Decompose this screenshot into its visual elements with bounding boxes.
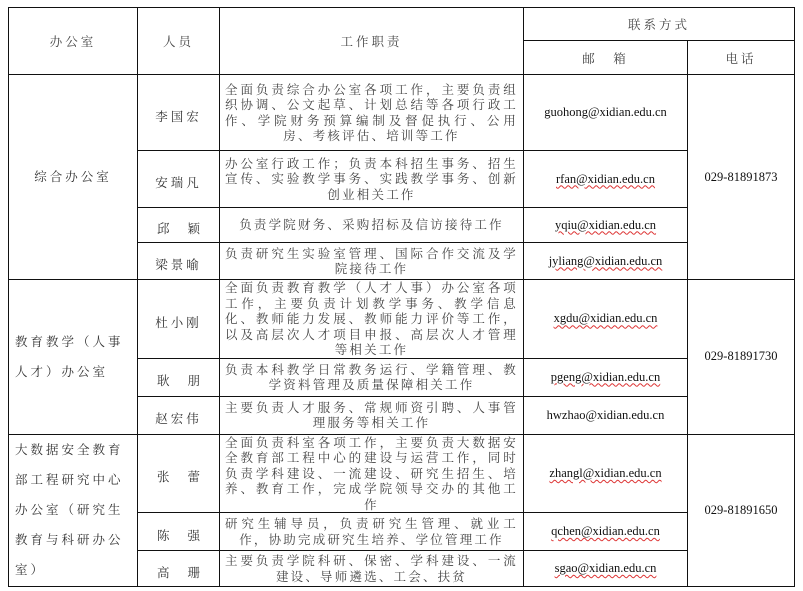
office-phone: 029-81891873 — [688, 75, 795, 280]
staff-name: 赵宏伟 — [138, 396, 220, 434]
staff-name: 梁景喻 — [138, 243, 220, 280]
staff-email[interactable]: sgao@xidian.edu.cn — [524, 551, 688, 587]
email-link[interactable]: zhangl@xidian.edu.cn — [549, 466, 661, 480]
staff-duties: 办公室行政工作；负责本科招生事务、招生宣传、实验教学事务、实践教学事务、创新创业… — [220, 151, 524, 208]
email-link[interactable]: rfan@xidian.edu.cn — [556, 172, 655, 186]
staff-name: 邱颖 — [138, 208, 220, 243]
staff-duties: 全面负责教育教学（人才人事）办公室各项工作，主要负责计划教学事务、教学信息化、教… — [220, 280, 524, 359]
staff-email[interactable]: rfan@xidian.edu.cn — [524, 151, 688, 208]
header-staff: 人员 — [138, 8, 220, 75]
email-link[interactable]: hwzhao@xidian.edu.cn — [547, 408, 665, 422]
staff-email[interactable]: yqiu@xidian.edu.cn — [524, 208, 688, 243]
email-link[interactable]: guohong@xidian.edu.cn — [544, 105, 667, 119]
staff-name: 李国宏 — [138, 75, 220, 151]
staff-email[interactable]: qchen@xidian.edu.cn — [524, 513, 688, 551]
staff-duties: 负责本科教学日常教务运行、学籍管理、教学资料管理及质量保障相关工作 — [220, 358, 524, 396]
email-link[interactable]: jyliang@xidian.edu.cn — [549, 254, 663, 268]
email-link[interactable]: yqiu@xidian.edu.cn — [555, 218, 656, 232]
table-row: 综合办公室 李国宏 全面负责综合办公室各项工作，主要负责组织协调、公文起草、计划… — [9, 75, 795, 151]
staff-duties: 负责研究生实验室管理、国际合作交流及学院接待工作 — [220, 243, 524, 280]
office-name: 教育教学（人事人才）办公室 — [9, 280, 138, 435]
staff-duties: 研究生辅导员，负责研究生管理、就业工作，协助完成研究生培养、学位管理工作 — [220, 513, 524, 551]
staff-name: 安瑞凡 — [138, 151, 220, 208]
email-link[interactable]: sgao@xidian.edu.cn — [555, 561, 657, 575]
email-link[interactable]: xgdu@xidian.edu.cn — [554, 311, 658, 325]
office-phone: 029-81891730 — [688, 280, 795, 435]
staff-name: 高珊 — [138, 551, 220, 587]
staff-email[interactable]: pgeng@xidian.edu.cn — [524, 358, 688, 396]
staff-email[interactable]: guohong@xidian.edu.cn — [524, 75, 688, 151]
staff-duties: 主要负责学院科研、保密、学科建设、一流建设、导师遴选、工会、扶贫 — [220, 551, 524, 587]
email-link[interactable]: qchen@xidian.edu.cn — [551, 524, 660, 538]
header-email: 邮 箱 — [524, 41, 688, 75]
staff-duties: 负责学院财务、采购招标及信访接待工作 — [220, 208, 524, 243]
header-duties: 工作职责 — [220, 8, 524, 75]
staff-email[interactable]: zhangl@xidian.edu.cn — [524, 434, 688, 513]
table-row: 教育教学（人事人才）办公室 杜小刚 全面负责教育教学（人才人事）办公室各项工作，… — [9, 280, 795, 359]
staff-name: 张蕾 — [138, 434, 220, 513]
staff-email[interactable]: xgdu@xidian.edu.cn — [524, 280, 688, 359]
staff-duties: 全面负责科室各项工作，主要负责大数据安全教育部工程中心的建设与运营工作，同时负责… — [220, 434, 524, 513]
header-office: 办公室 — [9, 8, 138, 75]
staff-duties: 全面负责综合办公室各项工作，主要负责组织协调、公文起草、计划总结等各项行政工作、… — [220, 75, 524, 151]
staff-name: 耿朋 — [138, 358, 220, 396]
office-name: 大数据安全教育部工程研究中心办公室（研究生教育与科研办公室） — [9, 434, 138, 587]
office-phone: 029-81891650 — [688, 434, 795, 587]
office-contact-table: 办公室 人员 工作职责 联系方式 邮 箱 电话 综合办公室 李国宏 全面负责综合… — [8, 7, 795, 587]
staff-name: 杜小刚 — [138, 280, 220, 359]
staff-email[interactable]: hwzhao@xidian.edu.cn — [524, 396, 688, 434]
email-link[interactable]: pgeng@xidian.edu.cn — [551, 370, 660, 384]
staff-duties: 主要负责人才服务、常规师资引聘、人事管理服务等相关工作 — [220, 396, 524, 434]
staff-email[interactable]: jyliang@xidian.edu.cn — [524, 243, 688, 280]
office-name: 综合办公室 — [9, 75, 138, 280]
table-row: 大数据安全教育部工程研究中心办公室（研究生教育与科研办公室） 张蕾 全面负责科室… — [9, 434, 795, 513]
header-contact: 联系方式 — [524, 8, 795, 41]
header-phone: 电话 — [688, 41, 795, 75]
staff-name: 陈强 — [138, 513, 220, 551]
